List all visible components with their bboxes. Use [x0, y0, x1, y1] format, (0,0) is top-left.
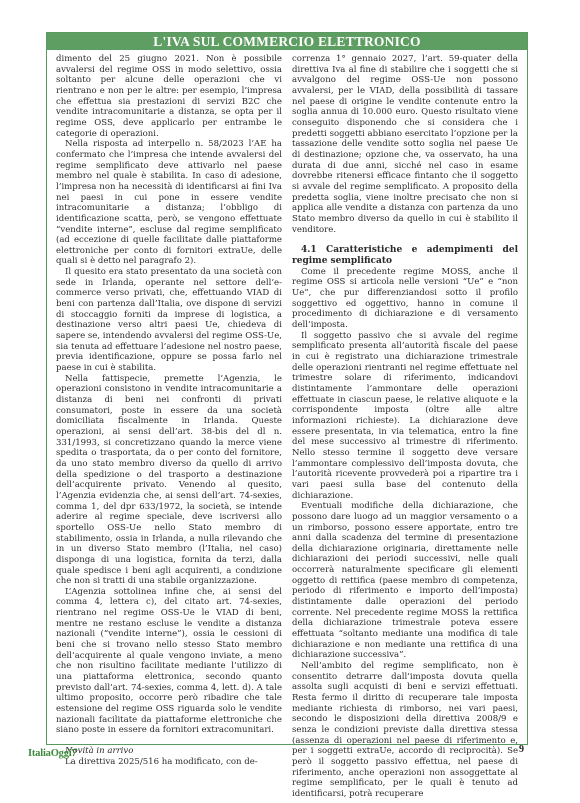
subheading: Novità in arrivo: [56, 746, 282, 757]
paragraph: Come il precedente regime MOSS, anche il…: [292, 267, 518, 331]
paragraph: Nell’ambito del regime semplificato, non…: [292, 661, 518, 800]
page-number: 9: [519, 744, 524, 755]
publication-logo: ItaliaOggi7: [28, 748, 77, 759]
paragraph: dimento del 25 giugno 2021. Non è possib…: [56, 54, 282, 139]
left-column: dimento del 25 giugno 2021. Non è possib…: [56, 54, 282, 740]
paragraph: correnza 1° gennaio 2027, l’art. 59-quat…: [292, 54, 518, 235]
paragraph: Il quesito era stato presentato da una s…: [56, 267, 282, 374]
paragraph: Eventuali modifiche della dichiarazione,…: [292, 501, 518, 661]
section-header: L'IVA SUL COMMERCIO ELETTRONICO: [47, 33, 527, 50]
paragraph: Il soggetto passivo che si avvale del re…: [292, 331, 518, 502]
right-column: correnza 1° gennaio 2027, l’art. 59-quat…: [292, 54, 518, 740]
article-columns: dimento del 25 giugno 2021. Non è possib…: [56, 54, 518, 740]
paragraph: La direttiva 2025/516 ha modificato, con…: [56, 757, 282, 768]
paragraph: Nella risposta ad interpello n. 58/2023 …: [56, 139, 282, 267]
paragraph: L’Agenzia sottolinea infine che, ai sens…: [56, 587, 282, 736]
paragraph: Nella fattispecie, premette l’Agenzia, l…: [56, 374, 282, 587]
article-frame: L'IVA SUL COMMERCIO ELETTRONICO dimento …: [46, 32, 528, 745]
section-title: 4.1 Caratteristiche e adempimenti del re…: [292, 245, 518, 267]
